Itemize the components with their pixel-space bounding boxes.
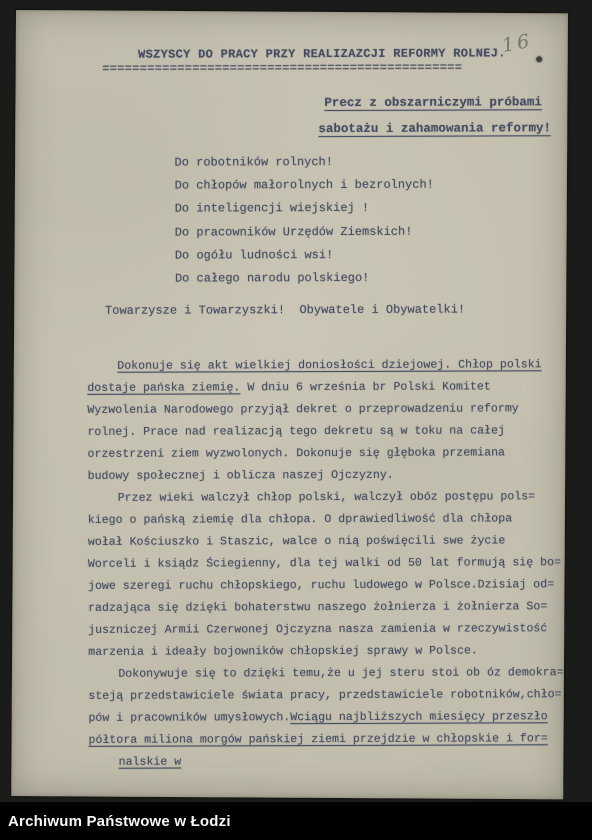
address-line: Do inteligencji wiejskiej ! — [175, 197, 434, 221]
body-text-segment: nalskie w — [119, 756, 182, 769]
handwritten-page-number: 16 — [500, 30, 534, 57]
document-body: Dokonuje się akt wielkiej doniosłości dz… — [87, 354, 568, 774]
body-line: półtora miliona morgów pańskiej ziemi pr… — [89, 728, 568, 752]
slogan-line: Precz z obszarniczymi próbami — [324, 95, 551, 122]
body-line: Worceli i ksiądz Ściegienny, dla tej wal… — [88, 552, 568, 576]
address-line: Do całego narodu polskiego! — [175, 267, 434, 291]
body-text-segment: orzestrzeni ziem wyzwolonych. Dokonuje s… — [88, 446, 505, 460]
body-text-segment: steją przedstawiciele świata pracy, prze… — [88, 688, 561, 703]
address-line: Do ogółu ludności wsi! — [175, 243, 434, 267]
body-line: juszniczej Armii Czerwonej Ojczyzna nasz… — [88, 618, 568, 642]
body-text-segment: wołał Kościuszko i Staszic, walce o nią … — [88, 534, 505, 548]
document-paper: WSZYSCY DO PRACY PRZY REALIZAZCJI REFORM… — [11, 10, 568, 799]
body-text-segment: Przez wieki walczył chłop polski, walczy… — [118, 490, 535, 504]
ink-spot — [536, 56, 542, 62]
body-text-segment: półtora miliona morgów pańskiej ziemi pr… — [89, 732, 548, 747]
body-text-segment: juszniczej Armii Czerwonej Ojczyzna nasz… — [88, 622, 547, 637]
address-list: Do robotników rolnych!Do chłopów małorol… — [174, 151, 434, 291]
archive-watermark: Archiwum Państwowe w Łodzi — [8, 813, 231, 830]
body-text-segment: Wyzwolenia Narodowego przyjął dekret o p… — [87, 402, 518, 417]
address-line: Do pracowników Urzędów Ziemskich! — [175, 220, 434, 244]
document-title: WSZYSCY DO PRACY PRZY REALIZAZCJI REFORM… — [138, 46, 506, 61]
slogan-line: sabotażu i zahamowania reformy! — [318, 121, 551, 148]
body-line: dostaje pańska ziemię. W dniu 6 września… — [87, 376, 568, 400]
body-text-segment: Wciągu najbliższych miesięcy przeszło — [290, 710, 547, 724]
typewritten-content: WSZYSCY DO PRACY PRZY REALIZAZCJI REFORM… — [16, 10, 568, 798]
body-text-segment: Worceli i ksiądz Ściegienny, dla tej wal… — [88, 556, 561, 571]
body-line: wołał Kościuszko i Staszic, walce o nią … — [88, 530, 568, 554]
body-text-segment: jowe szeregi ruchu chłopskiego, ruchu lu… — [88, 578, 554, 593]
body-text-segment: radzająca się dzięki bohaterstwu naszego… — [88, 600, 547, 615]
salutation: Towarzysze i Towarzyszki! Obywatele i Ob… — [105, 303, 465, 318]
body-line: marzenia i ideały bojowników chłopskiej … — [88, 640, 568, 664]
body-line: steją przedstawiciele świata pracy, prze… — [88, 684, 568, 708]
body-line: nalskie w — [89, 750, 568, 774]
body-text-segment: marzenia i ideały bojowników chłopskiej … — [88, 645, 478, 659]
watermark-bar: Archiwum Państwowe w Łodzi — [0, 802, 592, 840]
body-text-segment: W dniu 6 września br Polski Komitet — [240, 380, 491, 394]
body-line: radzająca się dzięki bohaterstwu naszego… — [88, 596, 568, 620]
body-line: Dokonywuje się to dzięki temu,że u jej s… — [88, 662, 568, 686]
slogan-block: Precz z obszarniczymi próbamisabotażu i … — [324, 95, 551, 148]
address-line: Do robotników rolnych! — [174, 151, 433, 175]
body-line: Dokonuje się akt wielkiej doniosłości dz… — [87, 354, 568, 378]
body-text-segment: kiego o pańską ziemię dla chłopa. O dpra… — [88, 512, 512, 526]
body-line: jowe szeregi ruchu chłopskiego, ruchu lu… — [88, 574, 568, 598]
body-text-segment: Dokonywuje się to dzięki temu,że u jej s… — [118, 666, 563, 681]
body-line: orzestrzeni ziem wyzwolonych. Dokonuje s… — [88, 442, 568, 466]
title-underline: ========================================… — [102, 61, 462, 76]
body-text-segment: Dokonuje się akt wielkiej doniosłości dz… — [117, 358, 541, 372]
body-line: Przez wieki walczył chłop polski, walczy… — [88, 486, 568, 510]
body-line: budowy społecznej i oblicza naszej Ojczy… — [88, 464, 568, 488]
body-text-segment: dostaje pańska ziemię. — [87, 381, 240, 395]
body-line: kiego o pańską ziemię dla chłopa. O dpra… — [88, 508, 568, 532]
body-line: Wyzwolenia Narodowego przyjął dekret o p… — [87, 398, 568, 422]
body-line: rolnej. Prace nad realizacją tego dekret… — [87, 420, 568, 444]
address-line: Do chłopów małorolnych i bezrolnych! — [175, 174, 434, 198]
body-text-segment: rolnej. Prace nad realizacją tego dekret… — [87, 424, 504, 438]
body-text-segment: budowy społecznej i oblicza naszej Ojczy… — [88, 469, 394, 483]
body-text-segment: pów i pracowników umysłowych. — [88, 711, 290, 725]
body-line: pów i pracowników umysłowych.Wciągu najb… — [88, 706, 568, 730]
